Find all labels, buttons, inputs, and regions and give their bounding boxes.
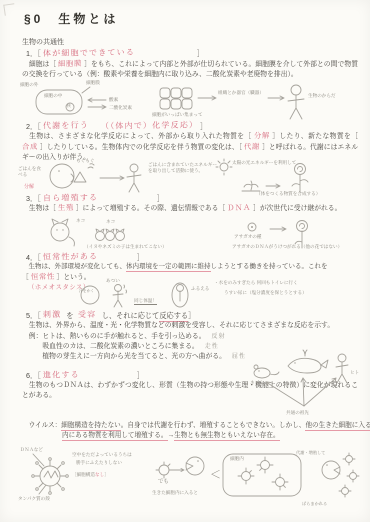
pencil-label: 細胞の外: [20, 82, 38, 88]
active-figure-sketch: [127, 164, 141, 192]
pencil-label: うすい尿に（塩分濃度を保とうとする）: [224, 290, 307, 296]
pencil-label: ごはんを食べる: [18, 166, 44, 177]
pencil-label: ・水をのみすぎたら 何回もトイレに行く: [214, 280, 298, 286]
text-run: 。自身では代謝を行わず、増殖することもできない。しかし、: [121, 422, 306, 429]
pencil-annotation-reflex: 反射: [212, 334, 226, 340]
pencil-label: アサガオのＤＮＡがうけつがれる（他の花ではない）: [232, 244, 342, 250]
pencil-label: 勝手にふえたりしない: [76, 460, 122, 466]
section3-paragraph: 生物は［ 生殖 ］によって増殖する。その際、遺伝情報である［ ＤＮＡ ］が次世代…: [22, 203, 358, 214]
scan-corner-artifact: [3, 3, 15, 15]
human-sketch: [336, 354, 348, 383]
seed-sketch: [248, 223, 256, 231]
arrow-sketch: [100, 176, 124, 180]
pencil-label: （イヌやネズミの子は生まれてこない）: [84, 244, 167, 250]
text-run: を: [66, 311, 73, 320]
section3-handwritten-answer: 自ら増殖する: [43, 191, 155, 204]
section6-handwritten-answer: 進化する: [43, 368, 135, 380]
text-run: 例：ヒトは、熱いものに手が触れると、手を引っ込める。: [22, 333, 206, 340]
pencil-label: 空中をただよっているうちは: [72, 452, 132, 458]
text-run: し、それに応じて: [102, 311, 160, 320]
pencil-label: ＤＮＡなど: [20, 447, 43, 453]
blank-fill-stimulus: 刺激: [43, 309, 62, 320]
pencil-annotation-tropism: 屈性: [232, 354, 246, 360]
section6-close-bracket: ］: [137, 371, 144, 380]
text-run: 生物は［: [22, 205, 58, 212]
pencil-label: 酸素: [109, 97, 118, 103]
section1-heading: 1．［ 体が細胞でできている ］: [26, 48, 204, 59]
text-run: しようとする働きを持っている。これを: [211, 263, 328, 270]
section4-number: 4．［: [26, 253, 41, 262]
pencil-label: 二酸化炭素: [109, 105, 132, 111]
pencil-label: 核: [67, 104, 71, 110]
virus-particle-sketch: [32, 454, 69, 494]
section4-close-bracket: ］: [137, 253, 144, 262]
pencil-label-group: ［細胞構造なし］: [72, 472, 109, 478]
pencil-label: 細胞の中: [44, 93, 62, 99]
section3-close-bracket: ］: [157, 194, 164, 203]
pencil-label: あつい: [106, 278, 120, 284]
page-subtitle: 生物の共通性: [22, 37, 64, 47]
pencil-label: ネコ: [76, 218, 85, 224]
text-run: 生物は、さまざまな化学反応によって、外部から取り入れた物質を［: [22, 133, 254, 140]
pencil-less-than-mark: ＜: [210, 466, 221, 482]
section5-example3: 植物の芽生えに一方向から光を当てると、光の方へ曲がる。屈性: [22, 352, 246, 362]
handwritten-pink-label: なし: [95, 472, 104, 477]
arrow-sketch: [270, 227, 286, 231]
pencil-label: （体をつくる物質を合成する）: [256, 191, 320, 197]
section5-close-bracket: ］: [188, 311, 195, 320]
pencil-label: でも: [158, 480, 169, 486]
sprout-sketch: [242, 181, 260, 191]
section5-heading: 5．［ 刺激 を 受容 し、それに応じて反応する］: [26, 310, 195, 321]
pencil-label: アサガオの種: [234, 234, 261, 240]
arrow-sketch: [266, 184, 280, 188]
blank-fill-metabolism: 代謝: [244, 142, 260, 152]
blank-fill-dna: ＤＮＡ: [227, 203, 251, 213]
cell-diagram-sketch: 細胞の外 細胞の中 核 細胞膜 酸素 二酸化炭素 細胞がいっぱい集まって 組織と…: [20, 80, 356, 122]
evolution-sketch: ネズミ ヒト 共通の祖先: [248, 346, 360, 420]
evolution-doodle: [248, 346, 360, 420]
text-run: 細胞は［: [22, 61, 58, 68]
section4-handwritten-answer: 恒常性がある: [43, 250, 135, 262]
virus-sketch: ＤＮＡなど タンパク質の殻 空中をただよっているうちは 勝手にふえたりしない ［…: [18, 446, 358, 508]
pencil-label: ］: [104, 472, 109, 477]
underlined-text: 生物とも無生物ともいえない存在。: [174, 432, 280, 441]
section6-number: 6．［: [26, 371, 41, 380]
blank-fill-decompose: 分解: [254, 131, 270, 141]
section4-paragraph: 生物は、外部環境が変化しても、体内環境を一定の範囲に維持しようとする働きを持って…: [22, 262, 328, 272]
metabolism-sketch: ごはんを食べる 分解 もぐもぐ ごはんに含まれていたエネルギーを取り出して活動に…: [18, 158, 358, 196]
section2-handwritten-note: （（体内で）化学反応）: [101, 119, 198, 131]
page-title: §0 生物とは: [24, 10, 118, 27]
blank-fill-reproduction: 生殖: [58, 203, 74, 213]
pencil-label: ごはんに含まれていたエネルギーを取り出して活動に使う。: [148, 162, 220, 173]
blank-fill-homeostasis: 恒常性: [31, 272, 55, 282]
section5-paragraph: 生物は、外界から、温度・光・化学物質などの刺激を受容し、それに応じてさまざまな反…: [22, 321, 334, 331]
pencil-label: タンパク質の殻: [18, 496, 50, 502]
pencil-label: 生きた細胞内に入ると: [152, 490, 198, 496]
pencil-label: 代謝・増殖して: [296, 450, 325, 456]
blank-fill-synthesize: 合成: [22, 142, 38, 152]
pencil-label: 太陽の光エネルギーを利用して: [232, 160, 296, 166]
text-run: 生物は、外部環境が変化しても、: [22, 263, 126, 270]
pencil-label: 組織とか器官（臓器）: [218, 90, 264, 96]
text-run: ウイルス：: [22, 422, 61, 429]
section1-handwritten-answer: 体が細胞でできている: [43, 46, 195, 59]
small-virus-sketch: [156, 462, 184, 478]
pencil-annotation-taxis: 走性: [205, 344, 219, 350]
section3-number: 3．［: [26, 194, 41, 203]
virus-paragraph: ウイルス：細胞構造を持たない。自身では代謝を行わず、増殖することもできない。しか…: [22, 421, 370, 441]
section5-number: 5．［: [26, 311, 41, 320]
pencil-label: ネズミ: [250, 380, 264, 386]
pencil-label: 生物のからだ: [308, 93, 336, 99]
blank-fill-cell-membrane: 細胞膜: [58, 59, 82, 69]
text-run: ］したり、新たな物質を［: [270, 133, 358, 140]
section2-close-bracket: ］: [200, 122, 207, 131]
eating-face-sketch: [50, 164, 94, 188]
underlined-text: 体内環境を一定の範囲に維持: [126, 263, 211, 272]
sneezing-head-sketch: [322, 453, 359, 497]
cell-blob-sketch: [36, 87, 106, 114]
mouse-sketch: [254, 365, 279, 378]
cold-figure-sketch: [172, 283, 188, 307]
flower-sketch: [292, 164, 308, 193]
section6-heading: 6．［ 進化する ］: [26, 370, 144, 381]
section5-example1: 例：ヒトは、熱いものに手が触れると、手を引っ込める。反射: [22, 332, 226, 342]
text-run: 生物は、外界から、温度・光・化学物質などの刺激を受容し、それに応じてさまざまな反…: [22, 322, 334, 329]
pencil-label: 共通の祖先: [286, 410, 309, 416]
section2-handwritten-answer: 代謝を行う: [43, 120, 89, 132]
section1-number: 1．［: [26, 49, 41, 58]
pencil-label: ネコ: [106, 219, 115, 225]
pencil-label: 同じ体温！: [134, 298, 157, 305]
underlined-text: 反応する: [159, 311, 188, 322]
ancestor-arrows-sketch: [266, 378, 336, 406]
swallowing-head-sketch: [186, 457, 204, 475]
pencil-label: ふるえる: [191, 286, 209, 292]
section2-number: 2．［: [26, 122, 41, 131]
section5-example2: 吸血性のカは、二酸化炭素の濃いところに集まる。走性: [22, 342, 219, 352]
text-run: ］が次世代に受け継がれる。: [251, 205, 341, 212]
cat-sketch: [51, 219, 74, 246]
section1-close-bracket: ］: [197, 49, 204, 58]
pencil-label: 汗をかく: [79, 289, 97, 295]
pencil-label: ヒト: [350, 370, 359, 376]
section1-paragraph: 細胞は［ 細胞膜 ］をもち、これによって内部と外部が仕切られている。細胞膜を介し…: [22, 59, 358, 80]
text-run: ［: [22, 274, 31, 281]
reproduction-sketch: ネコ ネコ （イヌやネズミの子は生まれてこない） アサガオの種 アサガオのＤＮＡ…: [20, 216, 356, 252]
text-run: ］によって増殖する。その際、遺伝情報である［: [74, 205, 227, 212]
pencil-label: 細胞内: [230, 456, 244, 462]
pencil-label: ばらまかれる: [302, 501, 327, 507]
kittens-sketch: [96, 229, 125, 241]
pencil-label: ［細胞構造: [72, 472, 95, 477]
text-run: 吸血性のカは、二酸化炭素の濃いところに集まる。: [22, 343, 199, 350]
body-stick-figure-sketch: [288, 85, 304, 119]
pencil-label: 細胞膜: [86, 80, 100, 86]
hot-figure-sketch: [113, 285, 127, 308]
whale-sketch: [288, 350, 328, 373]
pencil-label: 細胞がいっぱい集まって: [152, 112, 203, 118]
text-run: 植物の芽生えに一方向から光を当てると、光の方へ曲がる。: [22, 353, 226, 360]
blank-fill-reception: 受容: [78, 309, 97, 320]
handwritten-pink-label: 分解: [24, 184, 34, 190]
text-run: ］したりしている。生物体内での化学反応を伴う物質の変化は、［: [38, 144, 244, 151]
pencil-label: もぐもぐ: [76, 158, 94, 164]
scanned-worksheet-page: §0 生物とは 生物の共通性 1．［ 体が細胞でできている ］ 細胞は［ 細胞膜…: [0, 0, 370, 522]
underlined-text: 細胞構造を持たない: [61, 422, 121, 431]
homeostasis-sketch: 汗をかく あつい 同じ体温！ ふるえる ・水をのみすぎたら 何回もトイレに行く …: [78, 278, 366, 310]
